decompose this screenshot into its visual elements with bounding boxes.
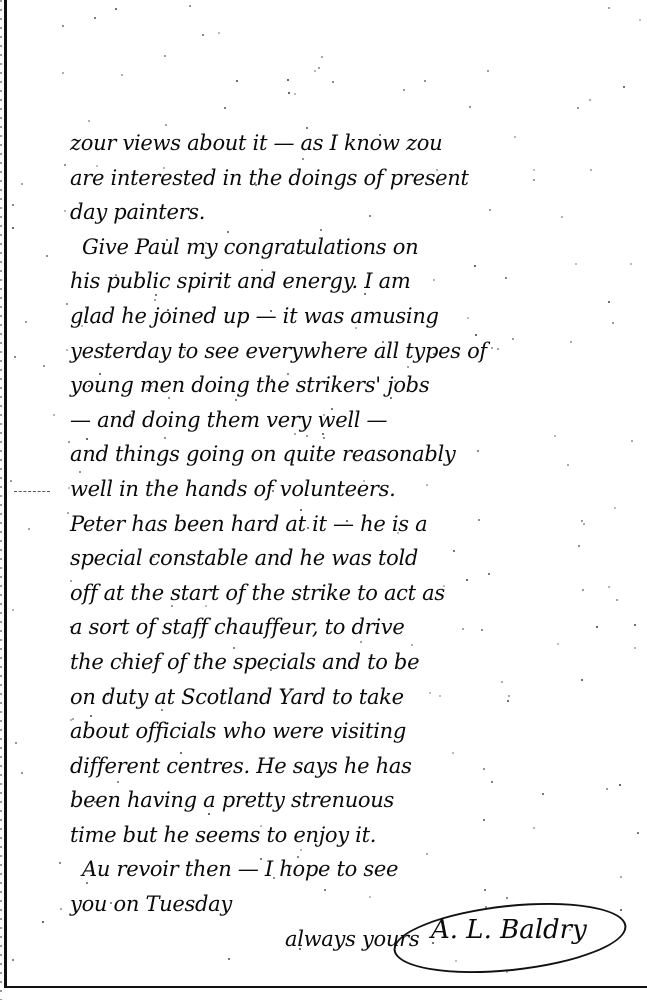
letter-line: different centres. He says he has (70, 749, 630, 784)
letter-line: and things going on quite reasonably (70, 437, 630, 472)
letter-body: zour views about it — as I know zou are … (70, 126, 630, 956)
letter-line: Peter has been hard at it — he is a (70, 507, 630, 542)
page-left-border (4, 0, 7, 988)
letter-line: been having a pretty strenuous (70, 783, 630, 818)
letter-line: — and doing them very well — (70, 403, 630, 438)
letter-line: Au revoir then — I hope to see (70, 852, 630, 887)
letter-line: a sort of staff chauffeur, to drive (70, 610, 630, 645)
letter-line: yesterday to see everywhere all types of (70, 334, 630, 369)
letter-line: special constable and he was told (70, 541, 630, 576)
signature: A. L. Baldry (393, 905, 628, 975)
letter-line: young men doing the strikers' jobs (70, 368, 630, 403)
letter-line: time but he seems to enjoy it. (70, 818, 630, 853)
page-bottom-border (4, 986, 647, 988)
letter-line: zour views about it — as I know zou (70, 126, 630, 161)
letter-line: the chief of the specials and to be (70, 645, 630, 680)
letter-line: are interested in the doings of present (70, 161, 630, 196)
letter-line: day painters. (70, 195, 630, 230)
letter-line: his public spirit and energy. I am (70, 264, 630, 299)
letter-line: glad he joined up — it was amusing (70, 299, 630, 334)
margin-mark (14, 491, 50, 493)
scan-edge-artifact (0, 0, 2, 1000)
letter-page: zour views about it — as I know zou are … (0, 0, 647, 1000)
letter-line: off at the start of the strike to act as (70, 576, 630, 611)
signature-name: A. L. Baldry (431, 915, 587, 945)
letter-line: on duty at Scotland Yard to take (70, 680, 630, 715)
letter-line: about officials who were visiting (70, 714, 630, 749)
letter-line: Give Paul my congratulations on (70, 230, 630, 265)
letter-line: well in the hands of volunteers. (70, 472, 630, 507)
